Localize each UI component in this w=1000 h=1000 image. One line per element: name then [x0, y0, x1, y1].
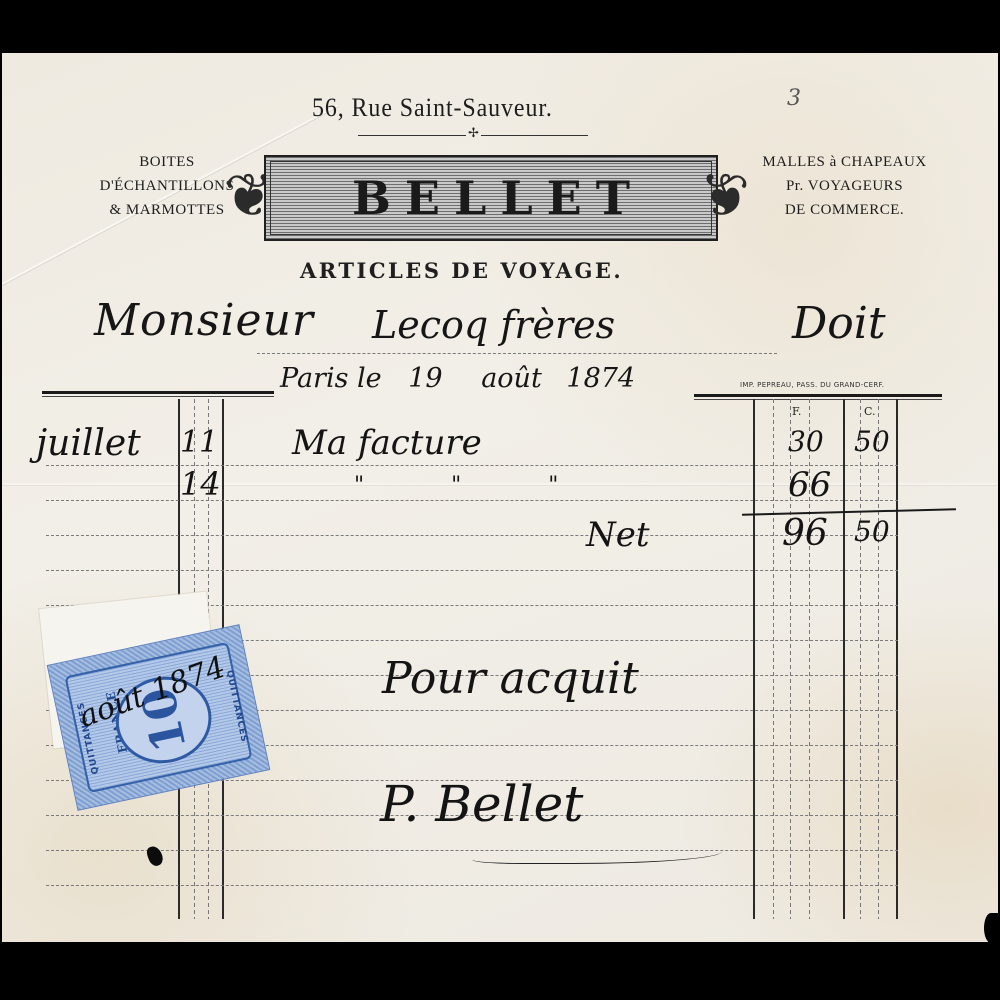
francs-header: F.	[792, 405, 801, 418]
company-banner: BELLET	[264, 155, 718, 241]
total-francs: 96	[782, 513, 828, 554]
signature: P. Bellet	[380, 775, 583, 833]
ornament-divider	[358, 135, 588, 136]
item-day: 11	[180, 425, 218, 460]
item-month: juillet	[36, 423, 141, 464]
scroll-ornament-icon: ❦	[224, 153, 258, 239]
item-francs: 30	[788, 425, 824, 458]
product-line: Pr. VOYAGEURS	[762, 174, 927, 198]
date-day: 19	[408, 363, 442, 394]
date-month: août	[481, 363, 542, 394]
scroll-ornament-icon: ❦	[716, 153, 750, 239]
product-line: MALLES à CHAPEAUX	[762, 150, 927, 174]
right-products-block: MALLES à CHAPEAUX Pr. VOYAGEURS DE COMME…	[762, 150, 927, 222]
date-line: Paris le 19 août 1874	[280, 363, 635, 394]
total-rule	[742, 508, 956, 516]
salutation: Monsieur	[94, 295, 314, 346]
doit-label: Doit	[792, 298, 886, 349]
ruled-line	[46, 465, 898, 466]
client-name: Lecoq frères	[372, 303, 615, 347]
acquit-text: Pour acquit	[382, 653, 639, 704]
paper-hole	[145, 844, 165, 868]
product-line: DE COMMERCE.	[762, 198, 927, 222]
company-address: 56, Rue Saint-Sauveur.	[312, 93, 553, 123]
signature-flourish	[472, 843, 722, 864]
item-centimes: 50	[854, 425, 890, 458]
ruled-line	[257, 353, 777, 354]
column-line	[843, 399, 845, 919]
column-line	[860, 399, 861, 919]
total-label: Net	[586, 515, 650, 555]
centimes-header: C.	[864, 405, 876, 418]
company-name: BELLET	[338, 171, 644, 225]
item-day: 14	[180, 465, 221, 503]
column-line	[753, 399, 755, 919]
ruled-line	[46, 570, 898, 571]
invoice-paper: 3 56, Rue Saint-Sauveur. BOITES D'ÉCHANT…	[2, 53, 998, 942]
item-description: " " "	[354, 473, 598, 498]
total-centimes: 50	[854, 515, 890, 548]
item-description: Ma facture	[292, 423, 482, 463]
date-year: 1874	[566, 363, 635, 394]
date-prefix: Paris le	[280, 363, 382, 394]
paper-tear	[984, 913, 998, 942]
ruled-line	[46, 535, 898, 536]
company-subtitle: ARTICLES DE VOYAGE.	[300, 258, 623, 283]
ruled-line	[46, 885, 898, 886]
printer-imprint: IMP. PEPREAU, PASS. DU GRAND-CERF.	[740, 381, 884, 389]
page-number: 3	[787, 86, 801, 111]
ruled-line	[46, 500, 898, 501]
column-line	[896, 399, 898, 919]
column-line	[878, 399, 879, 919]
column-line	[773, 399, 774, 919]
item-francs: 66	[788, 465, 831, 505]
heavy-rule	[694, 394, 942, 397]
heavy-rule	[42, 391, 274, 394]
